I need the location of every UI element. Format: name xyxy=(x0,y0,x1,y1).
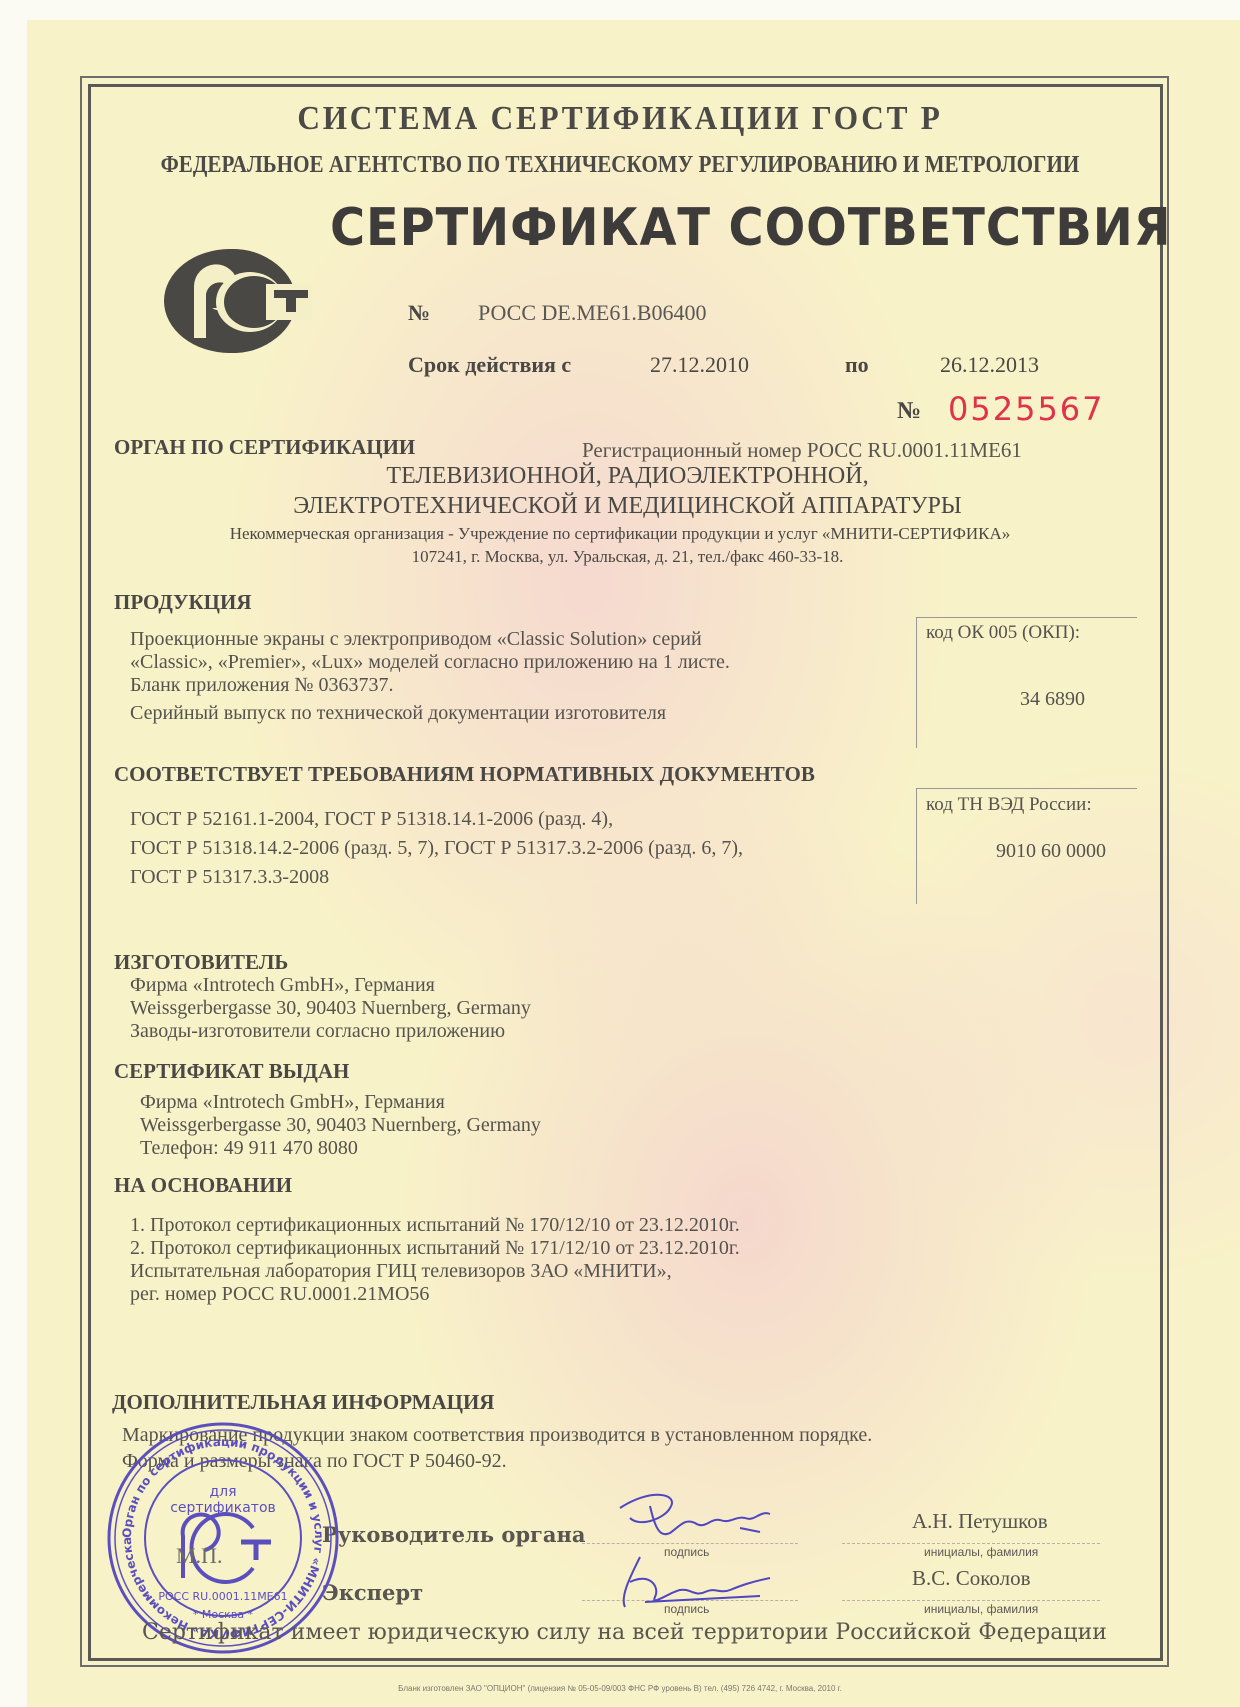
printer-imprint: Бланк изготовлен ЗАО "ОПЦИОН" (лицензия … xyxy=(0,1684,1240,1693)
product-line: Серийный выпуск по технической документа… xyxy=(130,702,666,725)
basis-line: 2. Протокол сертификационных испытаний №… xyxy=(130,1237,740,1260)
standard-line: ГОСТ Р 51318.14.2-2006 (разд. 5, 7), ГОС… xyxy=(130,837,743,860)
head-name: А.Н. Петушков xyxy=(912,1509,1048,1534)
blank-number: 0525567 xyxy=(948,390,1105,428)
valid-from-date: 27.12.2010 xyxy=(650,352,749,378)
stamp-reg-number: РОСС RU.0001.11МЕ61 xyxy=(158,1590,287,1603)
issued-to-line: Телефон: 49 911 470 8080 xyxy=(140,1137,358,1160)
blank-number-label: № xyxy=(897,398,921,425)
expert-name: В.С. Соколов xyxy=(912,1566,1031,1591)
document-title: СЕРТИФИКАТ СООТВЕТСТВИЯ xyxy=(330,198,1172,258)
basis-line: рег. номер РОСС RU.0001.21МО56 xyxy=(130,1283,429,1306)
certification-body-heading: ОРГАН ПО СЕРТИФИКАЦИИ xyxy=(114,435,415,460)
basis-line: 1. Протокол сертификационных испытаний №… xyxy=(130,1214,740,1237)
body-name-line-1: ТЕЛЕВИЗИОННОЙ, РАДИОЭЛЕКТРОННОЙ, xyxy=(120,463,1135,490)
rst-conformity-mark-icon xyxy=(162,246,312,356)
legal-force-statement: Сертификат имеет юридическую силу на все… xyxy=(142,1620,1107,1645)
valid-to-label: по xyxy=(845,352,869,378)
issued-to-line: Фирма «Introtech GmbH», Германия xyxy=(140,1091,445,1114)
manufacturer-line: Фирма «Introtech GmbH», Германия xyxy=(130,974,435,997)
conformity-heading: СООТВЕТСТВУЕТ ТРЕБОВАНИЯМ НОРМАТИВНЫХ ДО… xyxy=(114,762,815,787)
head-signature-icon xyxy=(610,1488,790,1548)
certificate-number-label: № xyxy=(408,300,430,326)
manufacturer-line: Заводы-изготовители согласно приложению xyxy=(130,1020,505,1043)
stamp-place-label: М.П. xyxy=(176,1543,222,1569)
manufacturer-line: Weissgerbergasse 30, 90403 Nuernberg, Ge… xyxy=(130,997,531,1020)
tnved-code-label: код ТН ВЭД России: xyxy=(926,794,1092,816)
body-organization: Некоммерческая организация - Учреждение … xyxy=(0,524,1240,544)
validity-label: Срок действия с xyxy=(408,352,571,378)
head-name-line xyxy=(842,1543,1100,1544)
agency-title: ФЕДЕРАЛЬНОЕ АГЕНТСТВО ПО ТЕХНИЧЕСКОМУ РЕ… xyxy=(74,152,1165,179)
registration-number: Регистрационный номер РОСС RU.0001.11МЕ6… xyxy=(582,438,1022,463)
standard-line: ГОСТ Р 51317.3.3-2008 xyxy=(130,866,329,889)
issued-to-heading: СЕРТИФИКАТ ВЫДАН xyxy=(114,1059,349,1084)
issued-to-line: Weissgerbergasse 30, 90403 Nuernberg, Ge… xyxy=(140,1114,541,1137)
stamp-center-top: для xyxy=(209,1484,236,1500)
product-line: Бланк приложения № 0363737. xyxy=(130,674,394,697)
standard-line: ГОСТ Р 52161.1-2004, ГОСТ Р 51318.14.1-2… xyxy=(130,808,613,831)
expert-signature-icon xyxy=(610,1552,780,1612)
product-line: Проекционные экраны с электроприводом «C… xyxy=(130,628,702,651)
name-caption: инициалы, фамилия xyxy=(924,1602,1038,1616)
basis-heading: НА ОСНОВАНИИ xyxy=(114,1173,292,1198)
manufacturer-heading: ИЗГОТОВИТЕЛЬ xyxy=(114,950,288,975)
body-address: 107241, г. Москва, ул. Уральская, д. 21,… xyxy=(120,547,1135,567)
body-name-line-2: ЭЛЕКТРОТЕХНИЧЕСКОЙ И МЕДИЦИНСКОЙ АППАРАТ… xyxy=(120,493,1135,520)
okp-code-label: код ОК 005 (ОКП): xyxy=(926,622,1080,644)
additional-info-heading: ДОПОЛНИТЕЛЬНАЯ ИНФОРМАЦИЯ xyxy=(112,1390,494,1415)
name-caption: инициалы, фамилия xyxy=(924,1545,1038,1559)
tnved-code-value: 9010 60 0000 xyxy=(996,840,1106,863)
valid-to-date: 26.12.2013 xyxy=(940,352,1039,378)
basis-line: Испытательная лаборатория ГИЦ телевизоро… xyxy=(130,1260,672,1283)
head-of-body-label: Руководитель органа xyxy=(322,1522,585,1547)
product-heading: ПРОДУКЦИЯ xyxy=(114,590,252,615)
expert-name-line xyxy=(842,1600,1100,1601)
product-line: «Classic», «Premier», «Lux» моделей согл… xyxy=(130,651,730,674)
certificate-number: РОСС DE.МЕ61.В06400 xyxy=(478,300,707,326)
okp-code-value: 34 6890 xyxy=(1020,688,1085,711)
system-title: СИСТЕМА СЕРТИФИКАЦИИ ГОСТ Р xyxy=(50,100,1191,138)
